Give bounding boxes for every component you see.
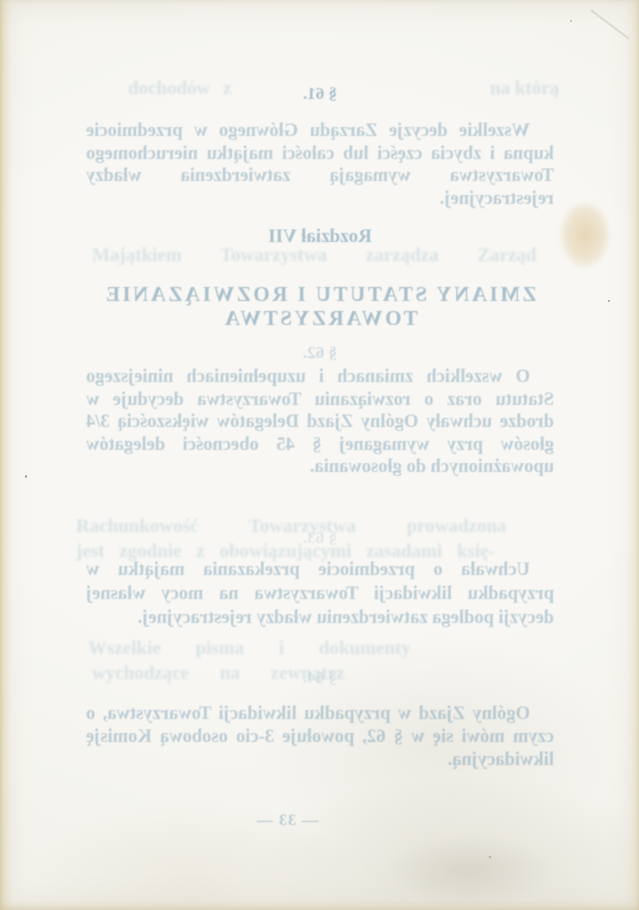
paper-speck	[489, 856, 491, 858]
section-63-body-bleed: Uchwała o przedmiocie przekazania majątk…	[86, 558, 554, 630]
section-61-heading-bleed: § 61.	[86, 84, 554, 104]
section-63-heading-bleed: § 63.	[86, 528, 554, 548]
paper-speck	[608, 300, 610, 302]
paper-speck	[570, 20, 572, 22]
section-64-heading-bleed: § 64.	[86, 668, 554, 688]
chapter-title-line1-bleed: ZMIANY STATUTU I ROZWIĄZANIE	[86, 282, 554, 307]
section-62-body-bleed: O wszelkich zmianach i uzupełnieniach ni…	[86, 366, 554, 479]
scanned-page: dochodów z na którą Majątkiem Towarzystw…	[0, 0, 639, 910]
chapter-title-line2-bleed: TOWARZYSTWA	[86, 306, 554, 331]
section-61-body-bleed: Wszelkie decyzje Zarządu Głównego w prze…	[86, 120, 554, 210]
page-number-bleed: — 33 —	[53, 812, 521, 830]
section-62-heading-bleed: § 62.	[86, 343, 554, 363]
tan-stain	[560, 202, 610, 268]
section-64-body-bleed: Ogólny Zjazd w przypadku likwidacji Towa…	[86, 703, 554, 772]
bottom-gray-smudge	[390, 838, 550, 902]
paper-speck	[25, 475, 27, 478]
chapter-heading-bleed: Rozdział VII	[86, 226, 554, 248]
mirrored-bleedthrough-layer: § 61. Wszelkie decyzje Zarządu Głównego …	[0, 0, 639, 910]
